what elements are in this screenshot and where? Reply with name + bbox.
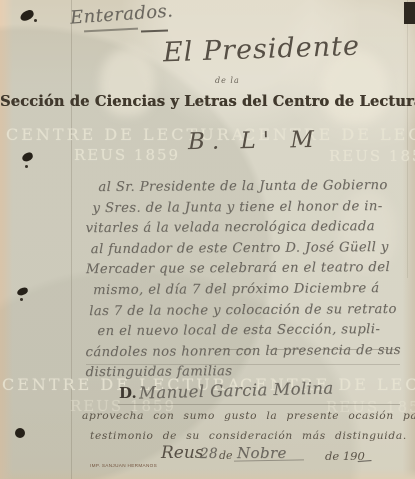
recipient-name: Manuel Garcia Molina	[139, 378, 334, 402]
dateline-city: Reus	[161, 443, 204, 463]
watermark-text: REUS 1859	[74, 146, 180, 164]
name-fill-line	[118, 404, 400, 405]
dateline-day: 28	[200, 446, 218, 462]
ink-blot	[19, 9, 35, 23]
watermark-text: REUS 1859	[329, 147, 415, 165]
ink-speck	[34, 19, 37, 22]
body-line: cándoles nos honren con la presencia de …	[85, 341, 408, 364]
document-page: CENTRE DE LECTURA CENTRE DE LECTURA REUS…	[0, 0, 415, 479]
torn-corner-mark	[404, 2, 415, 24]
body-line: y Sres. de la Junta y tiene el honor de …	[92, 196, 407, 219]
salutation-blm: B. L' M	[188, 127, 321, 155]
closing-line: aprovecha con sumo gusto la presente oca…	[82, 410, 415, 422]
letterhead-subtitle: de la	[215, 76, 240, 85]
dateline-year-stroke: —	[356, 451, 370, 470]
body-line: las 7 de la noche y colocación de su ret…	[89, 299, 408, 322]
body-line: al fundador de este Centro D. José Güell…	[91, 238, 408, 261]
handwritten-body: al Sr. Presidente de la Junta de Gobiern…	[83, 176, 408, 384]
honorific-label: D.	[119, 384, 137, 402]
printer-imprint: IMP. SANJUAN HERMANOS	[90, 464, 157, 469]
body-line: en el nuevo local de esta Sección, supli…	[97, 320, 408, 343]
dateline-de: de	[219, 449, 233, 462]
blank-fill-line	[86, 364, 400, 365]
underline-stroke	[84, 28, 138, 32]
handwritten-note: Enterados.	[69, 0, 173, 28]
body-line: Mercader que se celebrará en el teatro d…	[86, 258, 408, 281]
ink-blot	[21, 151, 34, 162]
ink-blot	[16, 287, 28, 297]
ink-speck	[20, 298, 23, 301]
closing-line: testimonio de su consideración más disti…	[90, 430, 407, 442]
body-line: vitarles á la velada necrológica dedicad…	[86, 217, 408, 240]
blank-fill-line	[216, 349, 398, 350]
ink-speck	[25, 165, 28, 168]
pen-dash-stroke	[141, 30, 168, 33]
ink-blot	[15, 428, 25, 438]
organization-name: Sección de Ciencias y Letras del Centro …	[0, 93, 415, 110]
body-line: al Sr. Presidente de la Junta de Gobiern…	[98, 176, 407, 199]
body-line: mismo, el día 7 del próximo Diciembre á	[93, 279, 408, 302]
